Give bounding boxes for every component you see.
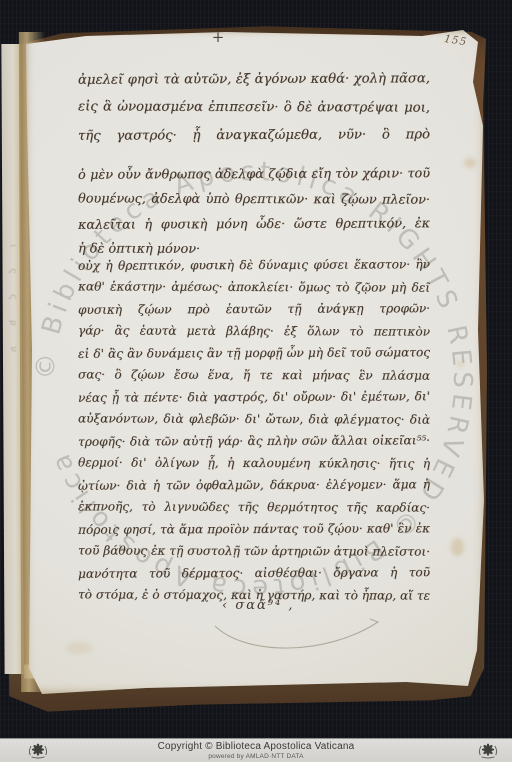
attribution-footer-bar: Copyright © Biblioteca Apostolica Vatica… — [0, 738, 512, 762]
text-line: πόροις φησί, τὰ ἅμα προϊὸν πάντας τοῦ ζῴ… — [78, 517, 430, 541]
text-line: αὐξανόντων, διὰ φλεβῶν· δι' ὤτων, διὰ φλ… — [78, 407, 430, 430]
text-line: εἰς ἃ ὠνομασμένα ἐπιπεσεῖν· ὃ δὲ ἀναστρέ… — [78, 93, 430, 122]
text-line: τοῦ βάθους ἐκ τῇ συστολῇ τῶν ἀρτηριῶν ἀτ… — [78, 539, 430, 562]
paragraph-3: οὐχ ἡ θρεπτικόν, φυσικὴ δὲ δύναμις φύσει… — [78, 254, 430, 606]
page-stain — [464, 158, 476, 168]
text-line: ὁ μὲν οὖν ἄνθρωπος ἀδελφὰ ζῴδια εἴη τὸν … — [78, 161, 430, 188]
text-line: καλεῖται ἡ φυσικὴ μόνη ὧδε· ὥστε θρεπτικ… — [78, 211, 430, 238]
page-stain — [66, 642, 92, 654]
text-line: τῆς γαστρός· ᾗ ἀναγκαζώμεθα, νῦν· ὃ πρὸ … — [78, 121, 430, 151]
paragraph-2: ὁ μὲν οὖν ἄνθρωπος ἀδελφὰ ζῴδια εἴη τὸν … — [78, 162, 430, 262]
text-line: νέας ᾗ τὰ πέντε· διὰ γαστρός, δι' οὔρων·… — [78, 385, 430, 409]
footer-copyright-text: Copyright © Biblioteca Apostolica Vatica… — [0, 741, 512, 752]
text-line: φυσικὴ ζῴων πρὸ ἑαυτῶν τῇ ἀνάγκῃ τροφῶν·… — [78, 297, 430, 321]
vatican-library-seal-icon — [477, 741, 499, 760]
text-line: θερμοί· δι' ὀλίγων ᾗ, ἡ καλουμένη κύκλησ… — [78, 451, 430, 474]
text-line: ἀμελεῖ φησὶ τὰ αὐτῶν, ἐξ ἀγόνων καθά· χο… — [78, 65, 430, 95]
page-stain — [451, 538, 464, 556]
text-line: θουμένως, ἀδελφὰ ὑπὸ θρεπτικῶν· καὶ ζῴων… — [78, 186, 430, 212]
text-line: οὐχ ἡ θρεπτικόν, φυσικὴ δὲ δύναμις φύσει… — [78, 253, 430, 277]
text-line: σας· ὃ ζῴων ἔσω ἕνα, ἥ τε καὶ μήνας ἓν π… — [78, 363, 430, 386]
text-line: γάρ· ἃς ἑαυτὰ μετὰ βλάβης· ἐξ ὅλων τὸ πε… — [78, 319, 430, 342]
footer-powered-by-text: powered by AMLAD·NTT DATA — [0, 753, 512, 760]
text-line: εἰ δ' ἃς ἂν δυνάμεις ἂν τῇ μορφῇ ὧν μὴ δ… — [78, 341, 430, 365]
scribal-end-mark: ‹ σαᾶ⁹⁴ , — [222, 598, 362, 613]
text-line: ᾠτίων· διὰ ἡ τῶν ὀφθαλμῶν, δάκρυα· ἐλέγο… — [78, 473, 430, 497]
pen-flourish — [176, 612, 436, 682]
digitized-manuscript-scan: ι ς ϛ ρ ν © Biblioteca Apostolica RIGHTS… — [0, 0, 512, 762]
text-line: μανότητα τοῦ δέρματος· αἰσθέσθαι· ὄργανα… — [78, 561, 430, 585]
facing-page-bleedthrough: ι ς ϛ ρ ν — [3, 244, 19, 544]
text-line: τροφῆς· διὰ τῶν αὐτῇ γάρ· ἃς πλὴν σῶν ἄλ… — [78, 429, 430, 453]
manuscript-page: © Biblioteca Apostolica RIGHTS RESERVED … — [26, 30, 486, 694]
text-line: καθ' ἑκάστην· ἀμέσως· ἀποκλείει· ὅμως τὸ… — [78, 275, 430, 298]
text-line: ἐκπνοῆς, τὸ λιγνυῶδες τῆς θερμότητος τῆς… — [78, 495, 430, 518]
paragraph-1: ἀμελεῖ φησὶ τὰ αὐτῶν, ἐξ ἀγόνων καθά· χο… — [78, 66, 430, 150]
page-stain — [456, 360, 464, 368]
